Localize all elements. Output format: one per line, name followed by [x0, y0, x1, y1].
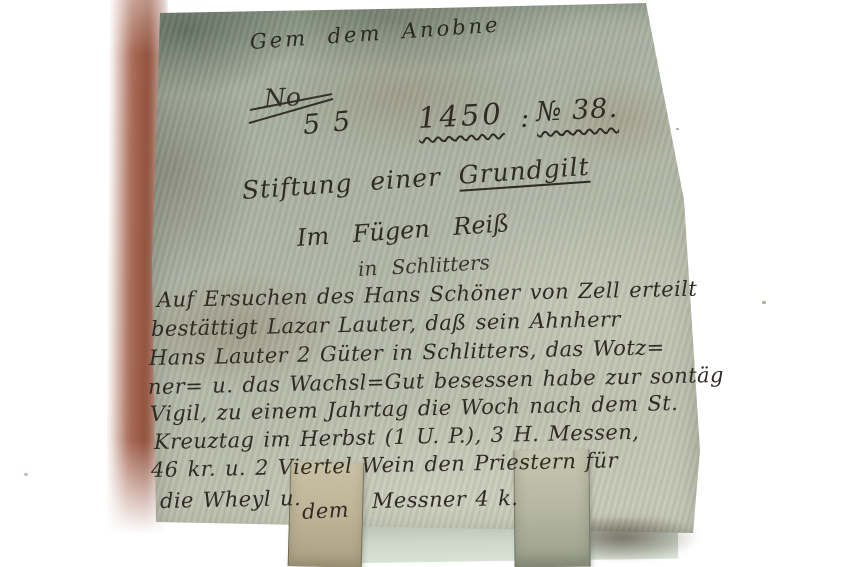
- record-number: № 38.: [535, 93, 619, 128]
- separator-colon: :: [519, 103, 530, 134]
- body-line-continuation: Messner 4 k.: [372, 486, 519, 513]
- dirt-speck: [676, 128, 679, 130]
- shelf-number: 55: [302, 105, 365, 141]
- tab-word: dem: [301, 498, 349, 524]
- photo-of-document: Gem dem Anobne No 55 1450 : № 38. Stiftu…: [0, 0, 849, 567]
- dirt-speck: [24, 473, 28, 476]
- year-number: 1450: [417, 97, 504, 135]
- dirt-speck: [762, 301, 766, 304]
- body-line: die Wheyl u.: [160, 486, 302, 513]
